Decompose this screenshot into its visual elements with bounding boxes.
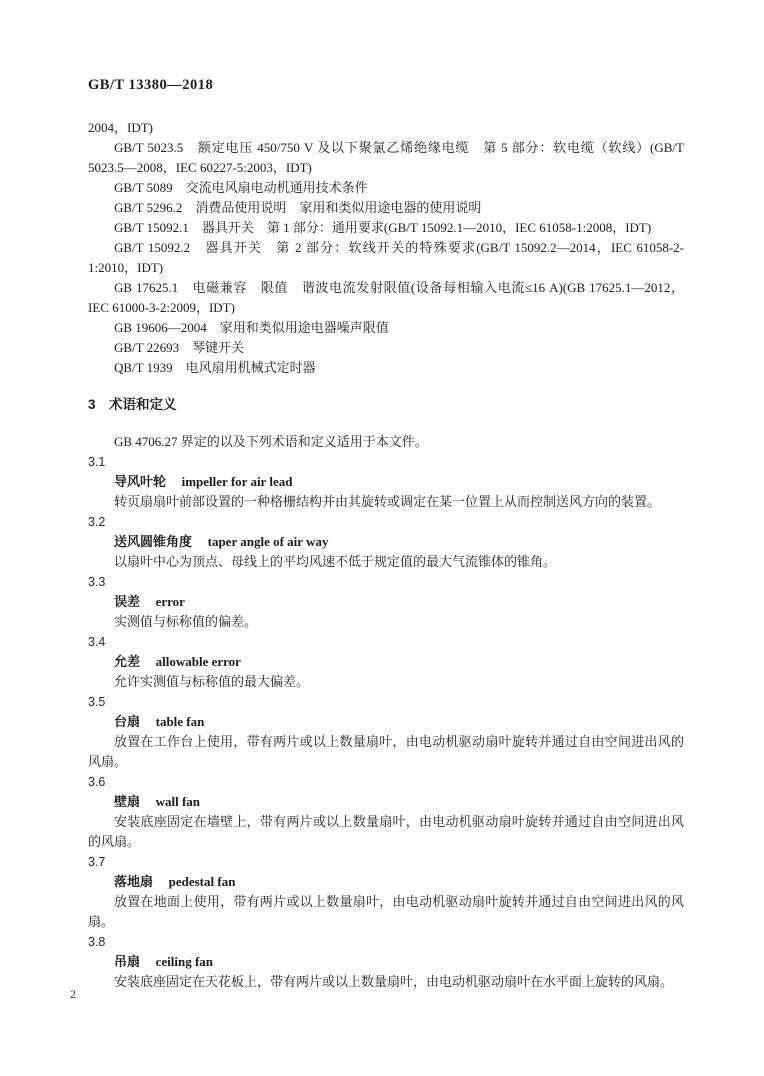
term-entry: 3.5 台扇table fan 放置在工作台上使用，带有两片或以上数量扇叶，由电… xyxy=(88,692,684,772)
term-definition: 放置在工作台上使用，带有两片或以上数量扇叶，由电动机驱动扇叶旋转并通过自由空间进… xyxy=(88,732,684,772)
term-definition: 以扇叶中心为顶点、母线上的平均风速不低于规定值的最大气流锥体的锥角。 xyxy=(88,552,684,572)
page-content: GB/T 13380—2018 2004，IDT) GB/T 5023.5 额定… xyxy=(88,76,684,992)
document-page: GB/T 13380—2018 2004，IDT) GB/T 5023.5 额定… xyxy=(0,0,764,1076)
term-name-line: 误差error xyxy=(88,592,684,612)
term-name-chinese: 吊扇 xyxy=(114,954,140,969)
term-entry: 3.6 壁扇wall fan 安装底座固定在墙壁上，带有两片或以上数量扇叶，由电… xyxy=(88,772,684,852)
term-name-english: allowable error xyxy=(156,654,241,669)
term-definition: 允许实测值与标称值的最大偏差。 xyxy=(88,672,684,692)
term-name-english: error xyxy=(156,594,185,609)
term-name-line: 允差allowable error xyxy=(88,652,684,672)
term-name-chinese: 壁扇 xyxy=(114,794,140,809)
term-entry: 3.3 误差error 实测值与标称值的偏差。 xyxy=(88,572,684,632)
reference-line: GB 17625.1 电磁兼容 限值 谐波电流发射限值(设备每相输入电流≤16 … xyxy=(88,278,684,318)
term-name-chinese: 落地扇 xyxy=(114,874,153,889)
term-name-line: 送风圆锥角度taper angle of air way xyxy=(88,532,684,552)
term-clause-number: 3.6 xyxy=(88,772,684,792)
term-entry: 3.2 送风圆锥角度taper angle of air way 以扇叶中心为顶… xyxy=(88,512,684,572)
term-name-line: 壁扇wall fan xyxy=(88,792,684,812)
term-clause-number: 3.8 xyxy=(88,932,684,952)
term-entry: 3.1 导风叶轮impeller for air lead 转页扇扇叶前部设置的… xyxy=(88,452,684,512)
reference-line: GB/T 15092.2 器具开关 第 2 部分：软线开关的特殊要求(GB/T … xyxy=(88,238,684,278)
term-name-line: 导风叶轮impeller for air lead xyxy=(88,472,684,492)
term-name-line: 落地扇pedestal fan xyxy=(88,872,684,892)
term-name-chinese: 导风叶轮 xyxy=(114,474,166,489)
term-clause-number: 3.7 xyxy=(88,852,684,872)
term-clause-number: 3.3 xyxy=(88,572,684,592)
term-definition: 安装底座固定在天花板上，带有两片或以上数量扇叶，由电动机驱动扇叶在水平面上旋转的… xyxy=(88,972,684,992)
term-definition: 放置在地面上使用，带有两片或以上数量扇叶，由电动机驱动扇叶旋转并通过自由空间进出… xyxy=(88,892,684,932)
term-clause-number: 3.2 xyxy=(88,512,684,532)
term-name-english: wall fan xyxy=(156,794,200,809)
term-definition: 实测值与标称值的偏差。 xyxy=(88,612,684,632)
section-number: 3 xyxy=(88,397,96,412)
reference-line: GB 19606—2004 家用和类似用途电器噪声限值 xyxy=(88,318,684,338)
term-name-english: taper angle of air way xyxy=(208,534,329,549)
running-header-doc-code: GB/T 13380—2018 xyxy=(88,76,684,94)
section-heading-terms-and-definitions: 3术语和定义 xyxy=(88,395,684,415)
term-name-line: 吊扇ceiling fan xyxy=(88,952,684,972)
term-name-english: table fan xyxy=(156,714,205,729)
term-name-line: 台扇table fan xyxy=(88,712,684,732)
reference-line: 2004，IDT) xyxy=(88,118,684,138)
reference-line: GB/T 22693 琴键开关 xyxy=(88,338,684,358)
term-clause-number: 3.4 xyxy=(88,632,684,652)
reference-line: GB/T 5089 交流电风扇电动机通用技术条件 xyxy=(88,178,684,198)
term-entry: 3.8 吊扇ceiling fan 安装底座固定在天花板上，带有两片或以上数量扇… xyxy=(88,932,684,992)
normative-references-list: 2004，IDT) GB/T 5023.5 额定电压 450/750 V 及以下… xyxy=(88,118,684,378)
term-definition: 安装底座固定在墙壁上，带有两片或以上数量扇叶，由电动机驱动扇叶旋转并通过自由空间… xyxy=(88,812,684,852)
term-name-chinese: 台扇 xyxy=(114,714,140,729)
reference-line: GB/T 5296.2 消费品使用说明 家用和类似用途电器的使用说明 xyxy=(88,198,684,218)
term-name-chinese: 送风圆锥角度 xyxy=(114,534,192,549)
terms-intro-paragraph: GB 4706.27 界定的以及下列术语和定义适用于本文件。 xyxy=(88,432,684,452)
reference-line: GB/T 5023.5 额定电压 450/750 V 及以下聚氯乙烯绝缘电缆 第… xyxy=(88,138,684,178)
term-entry: 3.4 允差allowable error 允许实测值与标称值的最大偏差。 xyxy=(88,632,684,692)
term-name-english: ceiling fan xyxy=(156,954,213,969)
term-entry: 3.7 落地扇pedestal fan 放置在地面上使用，带有两片或以上数量扇叶… xyxy=(88,852,684,932)
term-definition: 转页扇扇叶前部设置的一种格栅结构并由其旋转或调定在某一位置上从而控制送风方向的装… xyxy=(88,492,684,512)
section-title: 术语和定义 xyxy=(109,397,177,412)
reference-line: GB/T 15092.1 器具开关 第 1 部分：通用要求(GB/T 15092… xyxy=(88,218,684,238)
term-name-chinese: 误差 xyxy=(114,594,140,609)
term-name-english: impeller for air lead xyxy=(182,474,293,489)
reference-line: QB/T 1939 电风扇用机械式定时器 xyxy=(88,358,684,378)
term-clause-number: 3.5 xyxy=(88,692,684,712)
page-number: 2 xyxy=(70,986,76,1002)
term-name-chinese: 允差 xyxy=(114,654,140,669)
term-clause-number: 3.1 xyxy=(88,452,684,472)
term-name-english: pedestal fan xyxy=(169,874,236,889)
terms-list: 3.1 导风叶轮impeller for air lead 转页扇扇叶前部设置的… xyxy=(88,452,684,992)
